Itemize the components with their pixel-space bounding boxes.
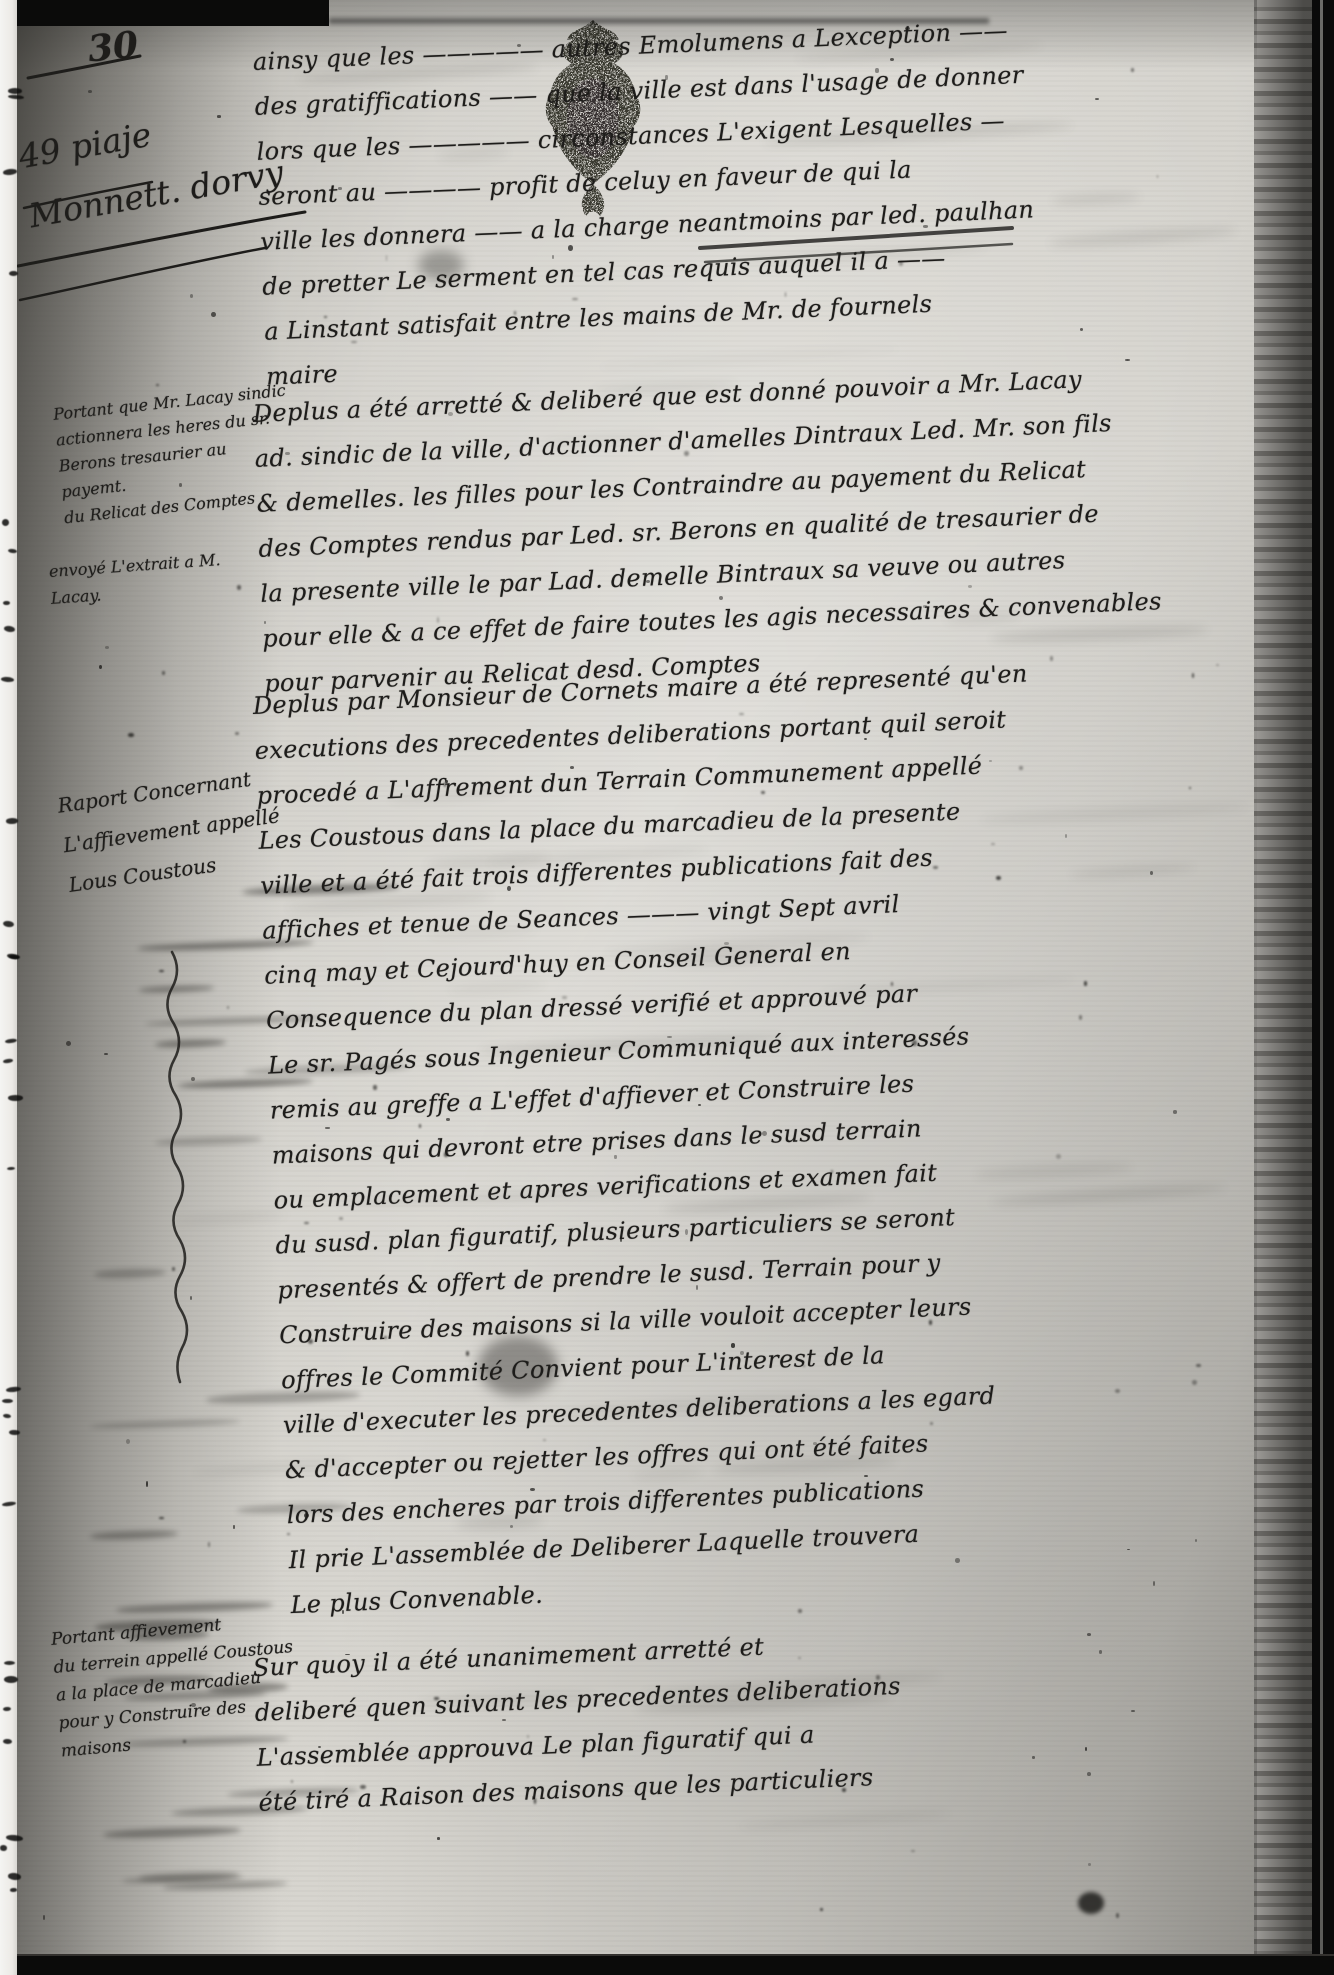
bottom-shadow-band [17, 1954, 1334, 1975]
body-paragraph-raport-coustous: Deplus par Monsieur de Cornets maire a é… [252, 652, 1066, 1629]
manuscript-scan: 30 49 piaje Monnett. dorvy Portant que M… [0, 0, 1334, 1975]
underlying-page-edge [1320, 0, 1323, 1975]
top-shadow-band [17, 0, 329, 26]
body-paragraph-emolumens: ainsy que les ————— autres Emolumens a L… [252, 8, 1041, 400]
page-number: 30 [86, 23, 140, 70]
binding-strip [0, 0, 17, 1975]
ink-stain [1078, 1892, 1104, 1914]
torn-page-edge [1254, 0, 1312, 1975]
top-edge-shadow [329, 18, 989, 24]
body-paragraph-pouvoir-lacay: Deplus a été arretté & deliberé que est … [252, 354, 1165, 706]
body-paragraph-resolution: Sur quoy il a été unanimement arretté et… [252, 1619, 905, 1826]
